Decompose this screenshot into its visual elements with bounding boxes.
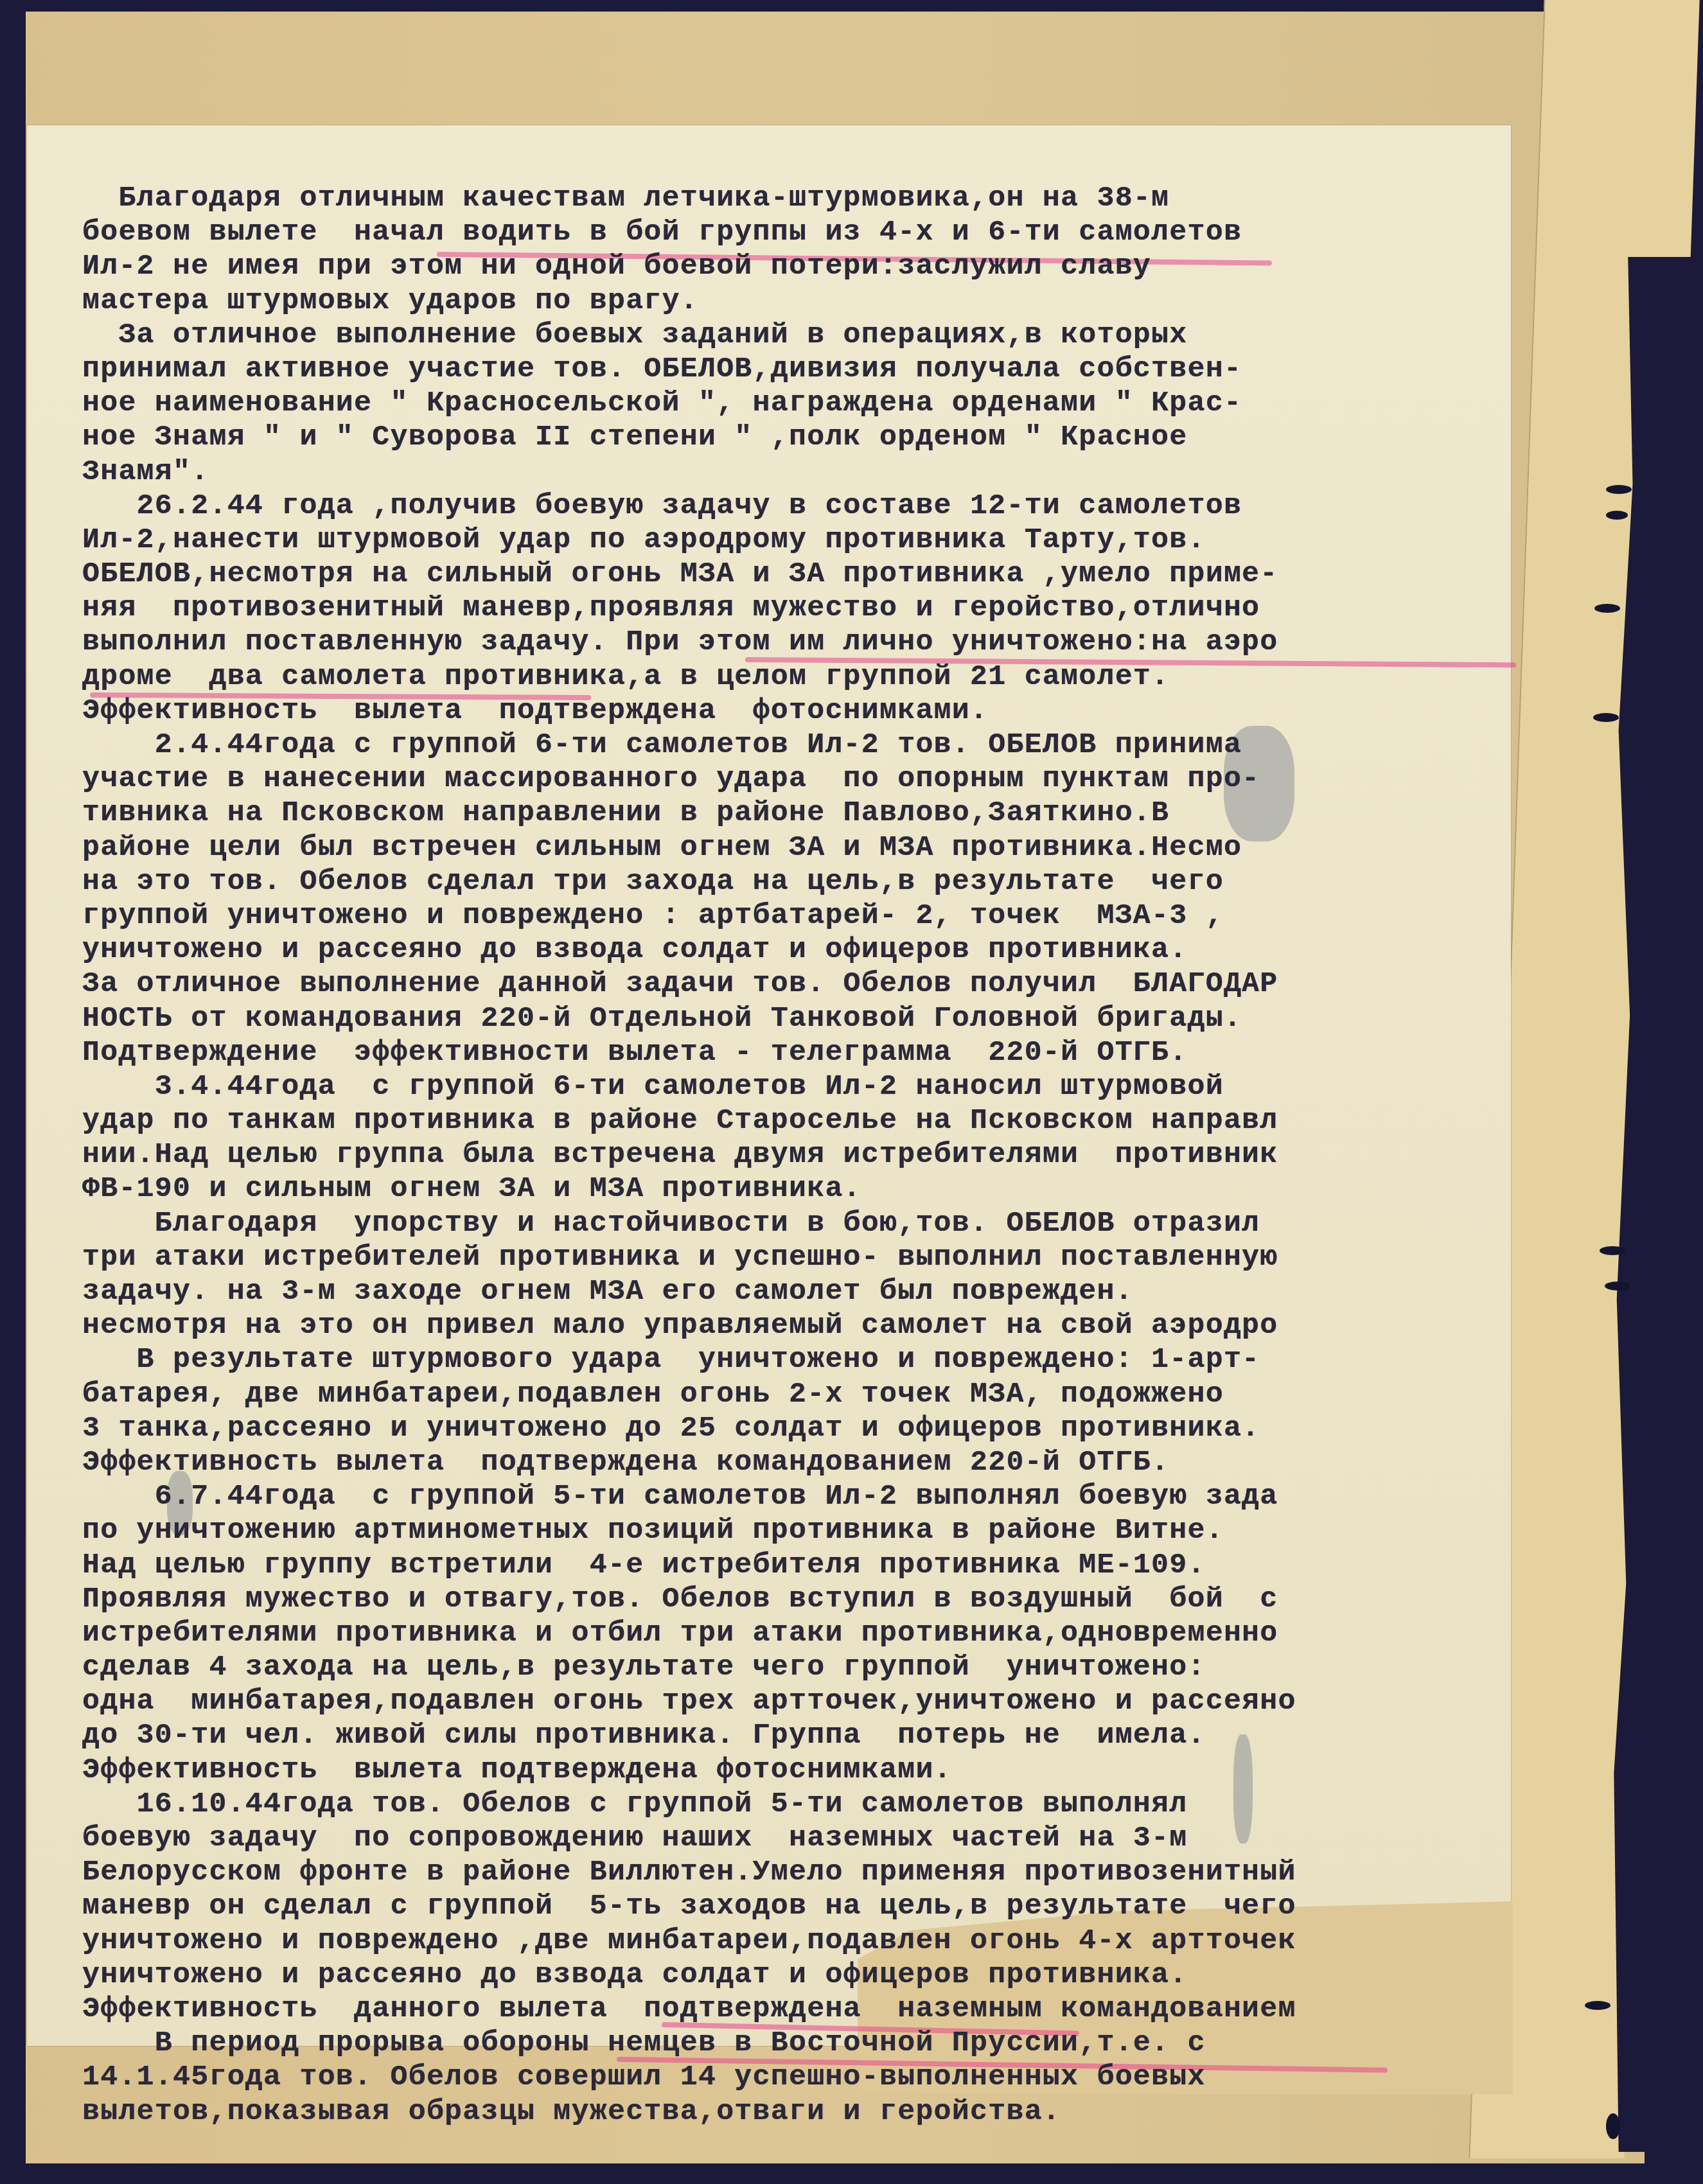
document-line: ное Знамя " и " Суворова II степени " ,п… [82, 420, 1521, 454]
document-line: 3.4.44года с группой 6-ти самолетов Ил-2… [82, 1070, 1521, 1104]
document-line: уничтожено и повреждено ,две минбатареи,… [82, 1924, 1521, 1958]
typewritten-body: Благодаря отличным качествам летчика-шту… [82, 181, 1521, 2129]
document-line: Эффективность вылета подтверждена команд… [82, 1445, 1521, 1479]
document-line: сделав 4 захода на цель,в результате чег… [82, 1650, 1521, 1684]
document-line: до 30-ти чел. живой силы противника. Гру… [82, 1718, 1521, 1752]
document-line: нии.Над целью группа была встречена двум… [82, 1138, 1521, 1172]
document-line: дроме два самолета противника,а в целом … [82, 660, 1521, 694]
document-line: несмотря на это он привел мало управляем… [82, 1308, 1521, 1343]
document-line: группой уничтожено и повреждено : артбат… [82, 899, 1521, 933]
document-line: 2.4.44года с группой 6-ти самолетов Ил-2… [82, 728, 1521, 762]
document-line: одна минбатарея,подавлен огонь трех артт… [82, 1684, 1521, 1718]
binding-hole [1600, 1246, 1625, 1255]
document-line: Подтверждение эффективности вылета - тел… [82, 1035, 1521, 1070]
document-line: 3 танка,рассеяно и уничтожено до 25 солд… [82, 1411, 1521, 1445]
binding-hole [1605, 1281, 1630, 1290]
document-line: уничтожено и рассеяно до взвода солдат и… [82, 933, 1521, 967]
document-line: батарея, две минбатареи,подавлен огонь 2… [82, 1377, 1521, 1411]
document-line: задачу. на 3-м заходе огнем МЗА его само… [82, 1274, 1521, 1308]
document-line: районе цели был встречен сильным огнем З… [82, 831, 1521, 865]
document-line: Эффективность вылета подтверждена фотосн… [82, 1753, 1521, 1787]
document-line: Белорусском фронте в районе Виллютен.Уме… [82, 1855, 1521, 1889]
document-line: боевом вылете начал водить в бой группы … [82, 215, 1521, 249]
document-line: Ил-2 не имея при этом ни одной боевой по… [82, 249, 1521, 283]
document-line: Благодаря упорству и настойчивости в бою… [82, 1206, 1521, 1240]
document-line: удар по танкам противника в районе Старо… [82, 1104, 1521, 1138]
document-line: принимал активное участие тов. ОБЕЛОВ,ди… [82, 352, 1521, 386]
document-line: ное наименование " Красносельской ", наг… [82, 386, 1521, 420]
document-line: маневр он сделал с группой 5-ть заходов … [82, 1889, 1521, 1923]
document-line: 6.7.44года с группой 5-ти самолетов Ил-2… [82, 1479, 1521, 1513]
document-line: ОБЕЛОВ,несмотря на сильный огонь МЗА и З… [82, 557, 1521, 591]
document-line: За отличное выполнение данной задачи тов… [82, 967, 1521, 1001]
document-line: Благодаря отличным качествам летчика-шту… [82, 181, 1521, 215]
document-line: на это тов. Обелов сделал три захода на … [82, 865, 1521, 899]
document-line: Ил-2,нанести штурмовой удар по аэродрому… [82, 523, 1521, 557]
document-line: 14.1.45года тов. Обелов совершил 14 успе… [82, 2060, 1521, 2094]
document-line: НОСТЬ от командования 220-й Отдельной Та… [82, 1001, 1521, 1035]
document-line: 16.10.44года тов. Обелов с группой 5-ти … [82, 1787, 1521, 1821]
document-line: три атаки истребителей противника и успе… [82, 1240, 1521, 1274]
document-line: ФВ-190 и сильным огнем ЗА и МЗА противни… [82, 1172, 1521, 1206]
document-line: вылетов,показывая образцы мужества,отваг… [82, 2095, 1521, 2129]
document-line: выполнил поставленную задачу. При этом и… [82, 625, 1521, 659]
document-line: В результате штурмового удара уничтожено… [82, 1343, 1521, 1377]
document-line: боевую задачу по сопровождению наших наз… [82, 1821, 1521, 1855]
document-line: В период прорыва обороны немцев в Восточ… [82, 2026, 1521, 2060]
document-line: Знамя". [82, 455, 1521, 489]
document-line: участие в нанесении массированного удара… [82, 762, 1521, 796]
document-line: истребителями противника и отбил три ата… [82, 1616, 1521, 1650]
document-line: уничтожено и рассеяно до взвода солдат и… [82, 1958, 1521, 1992]
document-line: Над целью группу встретили 4-е истребите… [82, 1548, 1521, 1582]
document-line: Проявляя мужество и отвагу,тов. Обелов в… [82, 1582, 1521, 1616]
document-line: тивника на Псковском направлении в район… [82, 796, 1521, 830]
document-line: няя противозенитный маневр,проявляя муже… [82, 591, 1521, 625]
document-line: Эффективность данного вылета подтвержден… [82, 1992, 1521, 2026]
binding-hole [1606, 2113, 1620, 2139]
binding-hole [1594, 604, 1620, 613]
binding-hole [1593, 713, 1619, 722]
document-line: 26.2.44 года ,получив боевую задачу в со… [82, 489, 1521, 523]
document-line: мастера штурмовых ударов по врагу. [82, 284, 1521, 318]
binding-hole [1606, 511, 1628, 520]
document-line: по уничтожению артминометных позиций про… [82, 1513, 1521, 1547]
document-line: За отличное выполнение боевых заданий в … [82, 318, 1521, 352]
binding-hole [1606, 485, 1632, 494]
binding-hole [1585, 2001, 1610, 2010]
document-line: Эффективность вылета подтверждена фотосн… [82, 694, 1521, 728]
